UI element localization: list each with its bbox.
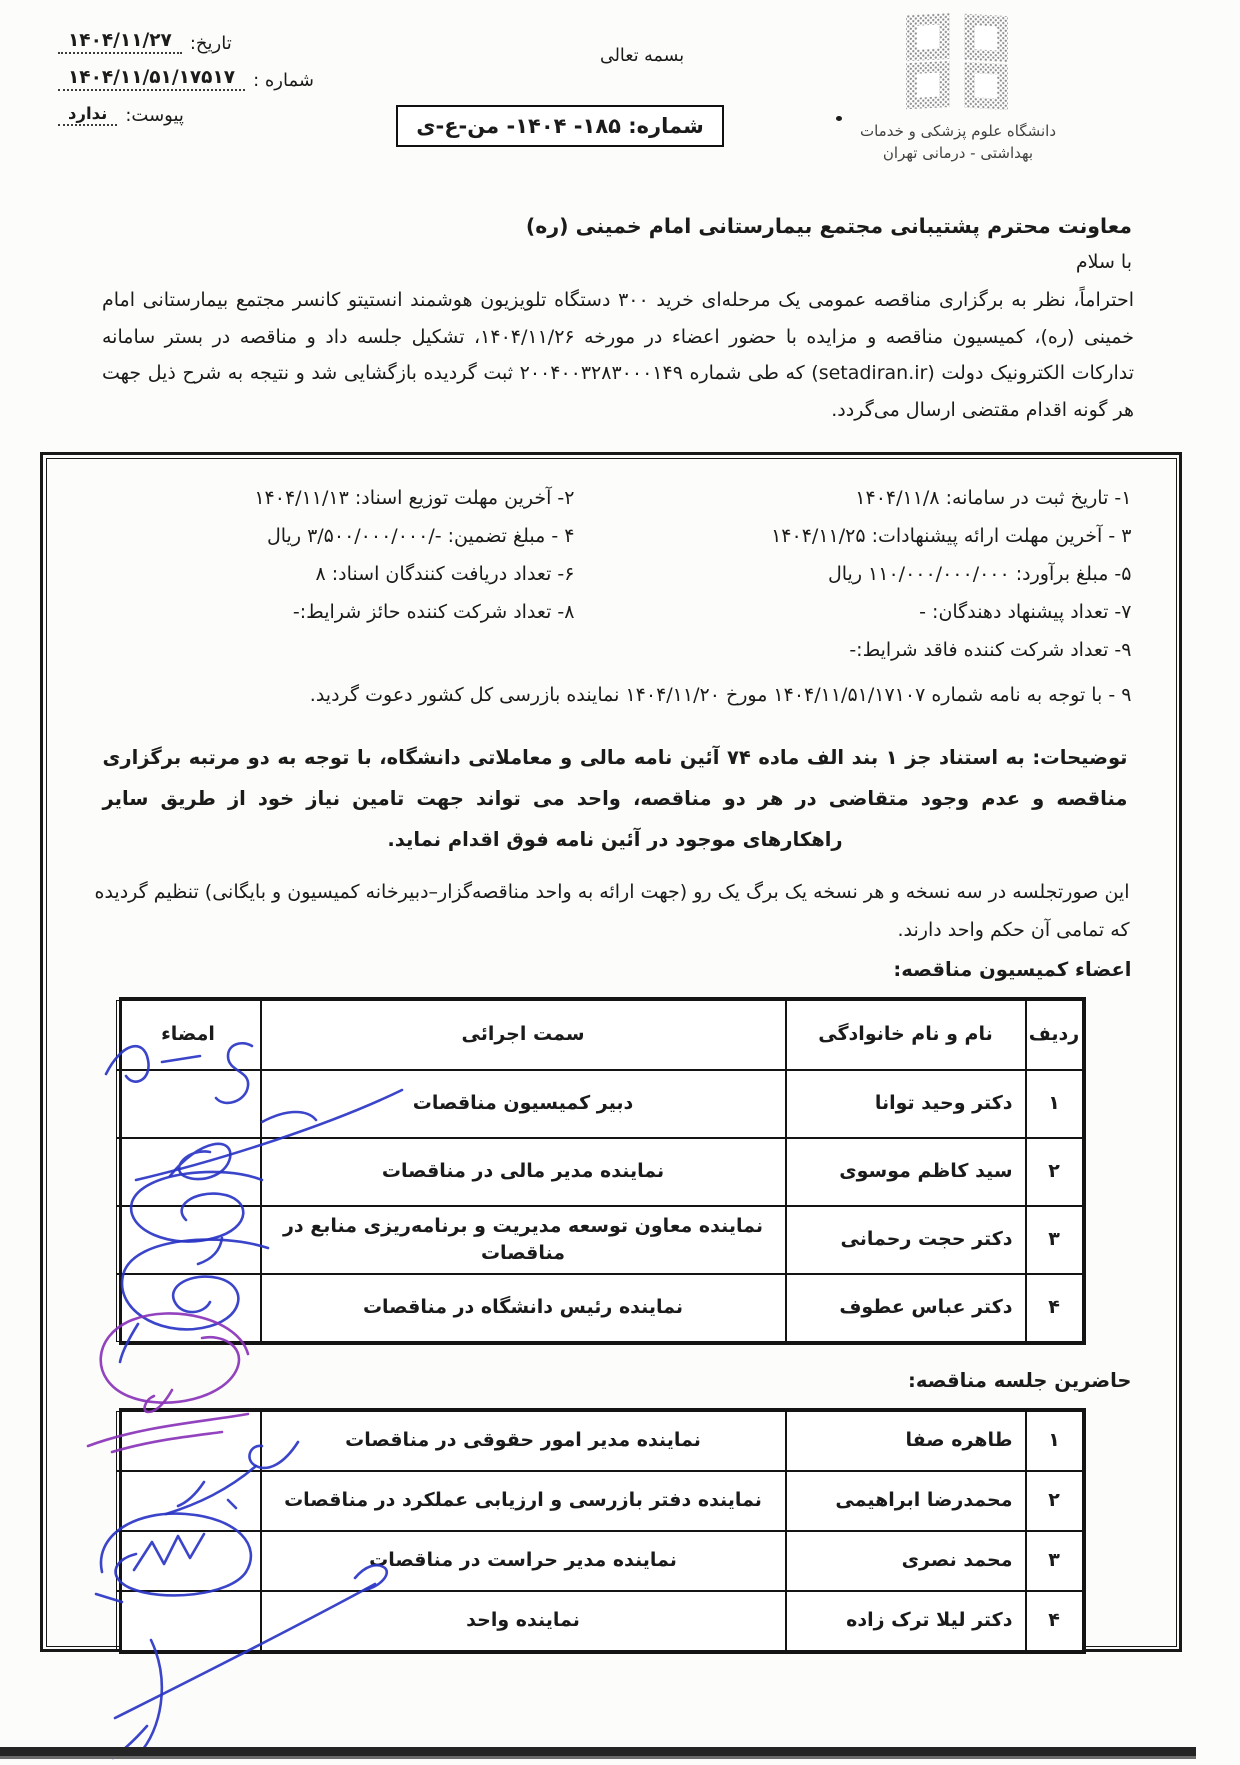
meta-number-row: شماره : ۱۴۰۴/۱۱/۵۱/۱۷۵۱۷	[58, 67, 358, 91]
document-number-box: شماره: ۱۸۵- ۱۴۰۴- من-ع-ی	[396, 105, 724, 147]
meta-attachment-row: پیوست: ندارد	[58, 104, 358, 126]
date-label: تاریخ:	[190, 33, 232, 54]
member-name: دکتر عباس عطوف	[786, 1274, 1026, 1342]
table-row: ۲ محمدرضا ابراهیمی نماینده دفتر بازرسی و…	[122, 1471, 1083, 1531]
members-table: ردیف نام و نام خانوادگی سمت اجرائی امضاء…	[119, 997, 1086, 1345]
member-name: دکتر وحید توانا	[786, 1070, 1026, 1138]
attendee-position: نماینده مدیر امور حقوقی در مناقصات	[261, 1411, 786, 1471]
intro-paragraph: احتراماً، نظر به برگزاری مناقصه عمومی یک…	[102, 282, 1134, 428]
date-value: ۱۴۰۴/۱۱/۲۷	[58, 30, 182, 54]
table-row: ۳ محمد نصری نماینده مدیر حراست در مناقصا…	[122, 1531, 1083, 1591]
number-value: ۱۴۰۴/۱۱/۵۱/۱۷۵۱۷	[58, 67, 245, 91]
table-row: ۱ دکتر وحید توانا دبیر کمیسیون مناقصات	[122, 1070, 1083, 1138]
signature-cell	[116, 1070, 261, 1138]
signature-cell	[116, 1531, 261, 1591]
attendees-heading: حاضرین جلسه مناقصه:	[81, 1369, 1132, 1392]
table-row: ۱ طاهره صفا نماینده مدیر امور حقوقی در م…	[122, 1411, 1083, 1471]
items-column-left: ۲- آخرین مهلت توزیع اسناد: ۱۴۰۴/۱۱/۱۳ ۴ …	[81, 479, 575, 669]
attendee-name: دکتر لیلا ترک زاده	[786, 1591, 1026, 1651]
university-name-line2: بهداشتی - درمانی تهران	[830, 142, 1086, 164]
member-position: نماینده مدیر مالی در مناقصات	[261, 1138, 786, 1206]
items-column-right: ۱- تاریخ ثبت در سامانه: ۱۴۰۴/۱۱/۸ ۳ - آخ…	[574, 479, 1131, 669]
members-table-header: ردیف نام و نام خانوادگی سمت اجرائی امضاء	[122, 1000, 1083, 1070]
attendee-name: طاهره صفا	[786, 1411, 1026, 1471]
row-number: ۳	[1026, 1206, 1083, 1274]
signature-cell	[116, 1138, 261, 1206]
attendee-position: نماینده دفتر بازرسی و ارزیابی عملکرد در …	[261, 1471, 786, 1531]
member-name: سید کاظم موسوی	[786, 1138, 1026, 1206]
row-number: ۳	[1026, 1531, 1083, 1591]
scanned-letter-page: تاریخ: ۱۴۰۴/۱۱/۲۷ شماره : ۱۴۰۴/۱۱/۵۱/۱۷۵…	[0, 0, 1240, 1765]
item-7: ۷- تعداد پیشنهاد دهندگان: -	[574, 593, 1131, 631]
scan-edge-band-fade	[0, 1756, 1196, 1759]
item-8: ۸- تعداد شرکت کننده حائز شرایط:-	[81, 593, 575, 631]
table-row: ۲ سید کاظم موسوی نماینده مدیر مالی در من…	[122, 1138, 1083, 1206]
row-number: ۴	[1026, 1591, 1083, 1651]
university-header: دانشگاه علوم پزشکی و خدمات بهداشتی - درم…	[830, 6, 1086, 164]
item-6: ۶- تعداد دریافت کنندگان اسناد: ۸	[81, 555, 575, 593]
minutes-outer-box: ۱- تاریخ ثبت در سامانه: ۱۴۰۴/۱۱/۸ ۳ - آخ…	[40, 452, 1182, 1652]
row-number: ۴	[1026, 1274, 1083, 1342]
attendee-name: محمد نصری	[786, 1531, 1026, 1591]
member-position: دبیر کمیسیون مناقصات	[261, 1070, 786, 1138]
signature-cell	[116, 1411, 261, 1471]
header-full-name: نام و نام خانوادگی	[786, 1000, 1026, 1070]
signature-cell	[116, 1591, 261, 1651]
salutation-line: با سلام	[1076, 251, 1132, 273]
item-4: ۴ - مبلغ تضمین: -/۳/۵۰۰/۰۰۰/۰۰۰ ریال	[81, 517, 575, 555]
tender-items-list: ۱- تاریخ ثبت در سامانه: ۱۴۰۴/۱۱/۸ ۳ - آخ…	[81, 479, 1132, 669]
table-row: ۴ دکتر عباس عطوف نماینده رئیس دانشگاه در…	[122, 1274, 1083, 1342]
signature-cell	[116, 1471, 261, 1531]
members-heading: اعضاء کمیسیون مناقصه:	[81, 958, 1132, 981]
item-2: ۲- آخرین مهلت توزیع اسناد: ۱۴۰۴/۱۱/۱۳	[81, 479, 575, 517]
row-number: ۱	[1026, 1070, 1083, 1138]
item-3: ۳ - آخرین مهلت ارائه پیشنهادات: ۱۴۰۴/۱۱/…	[574, 517, 1131, 555]
table-row: ۴ دکتر لیلا ترک زاده نماینده واحد	[122, 1591, 1083, 1651]
member-name: دکتر حجت رحمانی	[786, 1206, 1026, 1274]
row-number: ۲	[1026, 1138, 1083, 1206]
item-9: ۹- تعداد شرکت کننده فاقد شرایط:-	[574, 631, 1131, 669]
attendee-position: نماینده مدیر حراست در مناقصات	[261, 1531, 786, 1591]
letter-meta-block: تاریخ: ۱۴۰۴/۱۱/۲۷ شماره : ۱۴۰۴/۱۱/۵۱/۱۷۵…	[58, 30, 358, 139]
member-position: نماینده رئیس دانشگاه در مناقصات	[261, 1274, 786, 1342]
meta-date-row: تاریخ: ۱۴۰۴/۱۱/۲۷	[58, 30, 358, 54]
scan-speck	[836, 116, 842, 121]
row-number: ۲	[1026, 1471, 1083, 1531]
number-label: شماره :	[253, 70, 314, 91]
university-name-line1: دانشگاه علوم پزشکی و خدمات	[830, 120, 1086, 142]
item-5: ۵- مبلغ برآورد: ۱۱۰/۰۰۰/۰۰۰/۰۰۰ ریال	[574, 555, 1131, 593]
attendee-name: محمدرضا ابراهیمی	[786, 1471, 1026, 1531]
attachment-label: پیوست:	[125, 105, 184, 126]
member-position: نماینده معاون توسعه مدیریت و برنامه‌ریزی…	[261, 1206, 786, 1274]
header-row-number: ردیف	[1026, 1000, 1083, 1070]
item-1: ۱- تاریخ ثبت در سامانه: ۱۴۰۴/۱۱/۸	[574, 479, 1131, 517]
header-signature: امضاء	[116, 1000, 261, 1070]
recipient-line: معاونت محترم پشتیبانی مجتمع بیمارستانی ا…	[526, 214, 1132, 238]
item-9-note: ۹ - با توجه به نامه شماره ۱۴۰۴/۱۱/۵۱/۱۷۱…	[81, 675, 1132, 715]
scan-edge-band	[0, 1747, 1196, 1756]
header-position: سمت اجرائی	[261, 1000, 786, 1070]
table-row: ۳ دکتر حجت رحمانی نماینده معاون توسعه مد…	[122, 1206, 1083, 1274]
signature-cell	[116, 1274, 261, 1342]
attendees-table: ۱ طاهره صفا نماینده مدیر امور حقوقی در م…	[119, 1408, 1086, 1654]
copies-note-paragraph: این صورتجلسه در سه نسخه و هر نسخه یک برگ…	[95, 873, 1130, 949]
attendee-position: نماینده واحد	[261, 1591, 786, 1651]
minutes-inner-box: ۱- تاریخ ثبت در سامانه: ۱۴۰۴/۱۱/۸ ۳ - آخ…	[46, 458, 1177, 1647]
besmeh-taala-text: بسمه تعالی	[600, 46, 684, 66]
signature-cell	[116, 1206, 261, 1274]
attachment-value: ندارد	[58, 104, 117, 126]
explanation-paragraph: توضیحات: به استناد جز ۱ بند الف ماده ۷۴ …	[103, 737, 1128, 860]
university-logo-icon	[892, 6, 1024, 118]
row-number: ۱	[1026, 1411, 1083, 1471]
